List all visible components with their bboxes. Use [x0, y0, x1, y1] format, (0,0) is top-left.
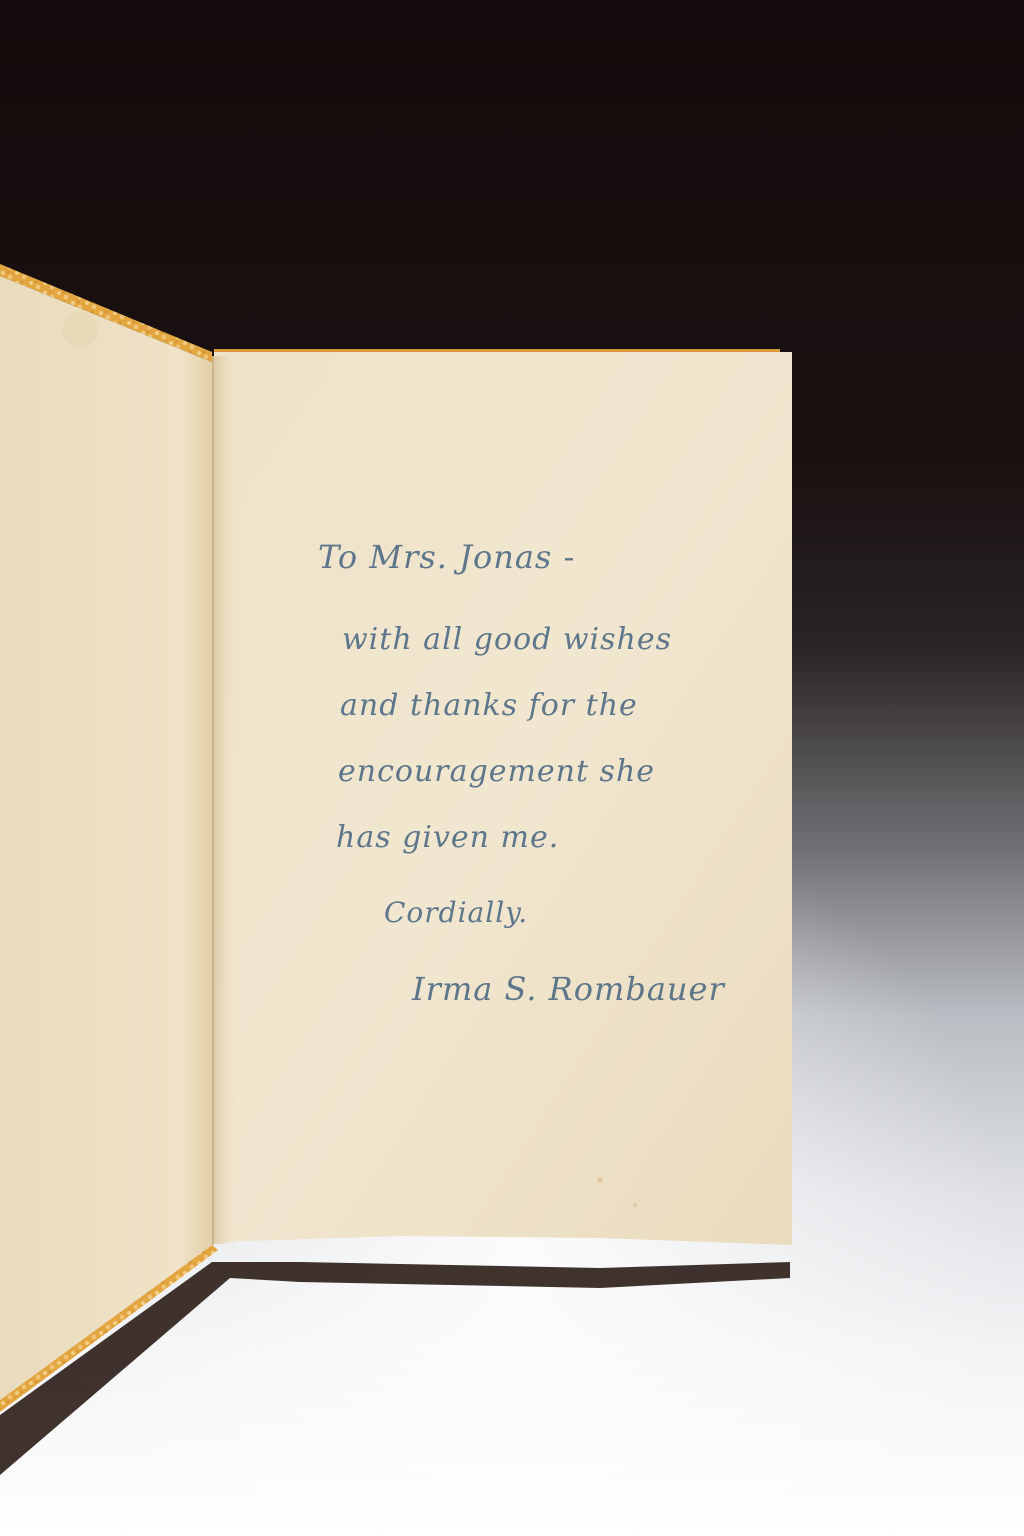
right-flyleaf-page: [214, 352, 792, 1245]
foxing-spot: [597, 1177, 603, 1183]
foxing-spot: [62, 312, 98, 348]
gutter-shadow: [212, 356, 238, 1244]
photo-scene: To Mrs. Jonas - with all good wishes and…: [0, 0, 1024, 1536]
left-endpaper: [0, 276, 212, 1400]
open-book: [0, 0, 1024, 1536]
foxing-spot: [633, 1203, 637, 1207]
